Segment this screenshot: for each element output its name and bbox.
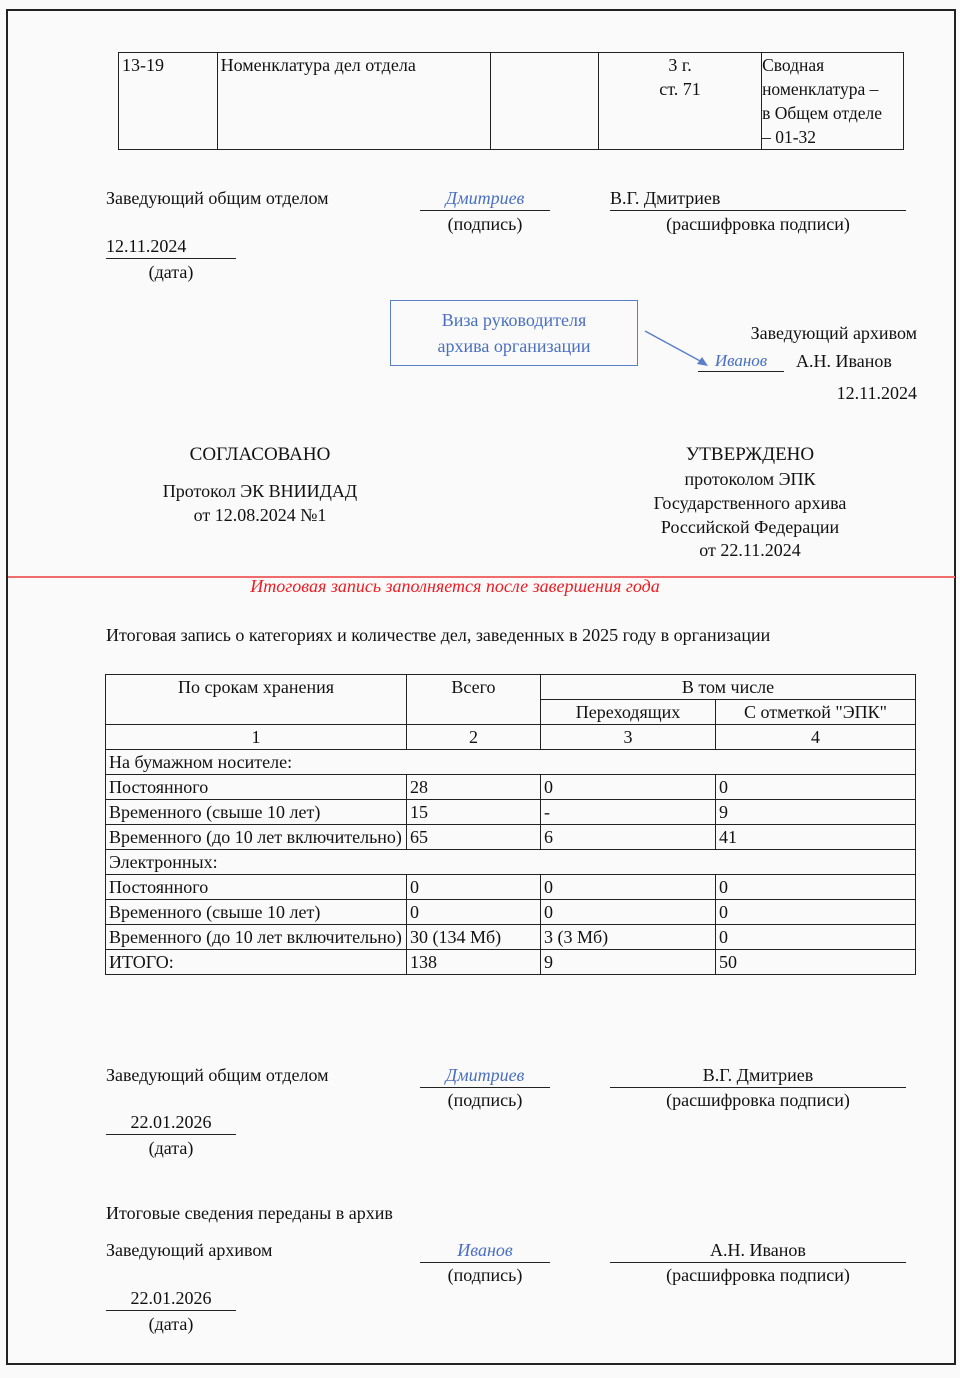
summary-table: По срокам хранения Всего В том числе Пер… <box>105 674 916 975</box>
row-total: 0 <box>407 900 541 925</box>
column-number: 2 <box>407 725 541 750</box>
signature-caption: (подпись) <box>420 1090 550 1112</box>
column-number: 1 <box>106 725 407 750</box>
row-label: Временного (до 10 лет включительно) <box>106 925 407 950</box>
row-label: Временного (свыше 10 лет) <box>106 800 407 825</box>
date-value: 22.01.2026 <box>106 1288 236 1311</box>
row-total: 65 <box>407 825 541 850</box>
section-electronic: Электронных: <box>106 850 916 875</box>
column-number: 4 <box>716 725 916 750</box>
row-total: 15 <box>407 800 541 825</box>
row-epk: 0 <box>716 925 916 950</box>
date-caption: (дата) <box>106 1314 236 1336</box>
row-label: Постоянного <box>106 775 407 800</box>
row-epk: 0 <box>716 900 916 925</box>
row-transit: 0 <box>541 775 716 800</box>
row-total: 30 (134 Мб) <box>407 925 541 950</box>
row-epk: 0 <box>716 875 916 900</box>
total-row: ИТОГО: 138 9 50 <box>106 950 916 975</box>
signature: Иванов <box>420 1240 550 1263</box>
row-epk: 0 <box>716 775 916 800</box>
table-row: Постоянного 0 0 0 <box>106 875 916 900</box>
row-epk: 9 <box>716 800 916 825</box>
row-total: 28 <box>407 775 541 800</box>
name-caption: (расшифровка подписи) <box>610 1090 906 1112</box>
approved-title: УТВЕРЖДЕНО <box>600 444 900 467</box>
table-row: Временного (свыше 10 лет) 15 - 9 <box>106 800 916 825</box>
header-epk: С отметкой "ЭПК" <box>716 700 916 725</box>
signature-caption: (подпись) <box>420 1265 550 1287</box>
row-transit: 0 <box>541 900 716 925</box>
header-total: Всего <box>407 675 541 725</box>
row-total: 138 <box>407 950 541 975</box>
archive-head-name: А.Н. Иванов <box>796 351 892 373</box>
row-transit: 3 (3 Мб) <box>541 925 716 950</box>
signature: Дмитриев <box>420 1065 550 1088</box>
table-row: Временного (до 10 лет включительно) 30 (… <box>106 925 916 950</box>
transfer-text: Итоговые сведения переданы в архив <box>106 1203 393 1225</box>
row-transit: 6 <box>541 825 716 850</box>
row-epk: 41 <box>716 825 916 850</box>
header-row: По срокам хранения Всего В том числе <box>106 675 916 700</box>
approved-line: от 22.11.2024 <box>600 540 900 562</box>
position-label: Заведующий общим отделом <box>106 1065 329 1087</box>
archive-head-position: Заведующий архивом <box>620 323 917 345</box>
header-storage: По срокам хранения <box>106 675 407 725</box>
archive-head-signature: Иванов <box>698 351 784 372</box>
summary-heading: Итоговая запись о категориях и количеств… <box>106 625 770 647</box>
date-value: 22.01.2026 <box>106 1112 236 1135</box>
row-epk: 50 <box>716 950 916 975</box>
name-caption: (расшифровка подписи) <box>610 1265 906 1287</box>
visa-date: 12.11.2024 <box>720 383 917 405</box>
header-transit: Переходящих <box>541 700 716 725</box>
section-row: Электронных: <box>106 850 916 875</box>
column-number-row: 1 2 3 4 <box>106 725 916 750</box>
signer-name: В.Г. Дмитриев <box>610 1065 906 1088</box>
header-including: В том числе <box>541 675 916 700</box>
column-number: 3 <box>541 725 716 750</box>
row-transit: 9 <box>541 950 716 975</box>
row-label: ИТОГО: <box>106 950 407 975</box>
section-paper: На бумажном носителе: <box>106 750 916 775</box>
date-caption: (дата) <box>106 1138 236 1160</box>
row-total: 0 <box>407 875 541 900</box>
row-transit: - <box>541 800 716 825</box>
signer-name: А.Н. Иванов <box>610 1240 906 1263</box>
row-label: Временного (до 10 лет включительно) <box>106 825 407 850</box>
approved-line: Российской Федерации <box>600 517 900 539</box>
position-label: Заведующий архивом <box>106 1240 272 1262</box>
table-row: Временного (свыше 10 лет) 0 0 0 <box>106 900 916 925</box>
red-note: Итоговая запись заполняется после заверш… <box>150 576 760 598</box>
row-label: Постоянного <box>106 875 407 900</box>
agreed-title: СОГЛАСОВАНО <box>110 444 410 467</box>
approved-line: протоколом ЭПК <box>600 469 900 491</box>
table-row: Постоянного 28 0 0 <box>106 775 916 800</box>
row-transit: 0 <box>541 875 716 900</box>
table-row: Временного (до 10 лет включительно) 65 6… <box>106 825 916 850</box>
approved-line: Государственного архива <box>600 493 900 515</box>
section-row: На бумажном носителе: <box>106 750 916 775</box>
agreed-line: от 12.08.2024 №1 <box>110 505 410 527</box>
agreed-line: Протокол ЭК ВНИИДАД <box>110 481 410 503</box>
row-label: Временного (свыше 10 лет) <box>106 900 407 925</box>
